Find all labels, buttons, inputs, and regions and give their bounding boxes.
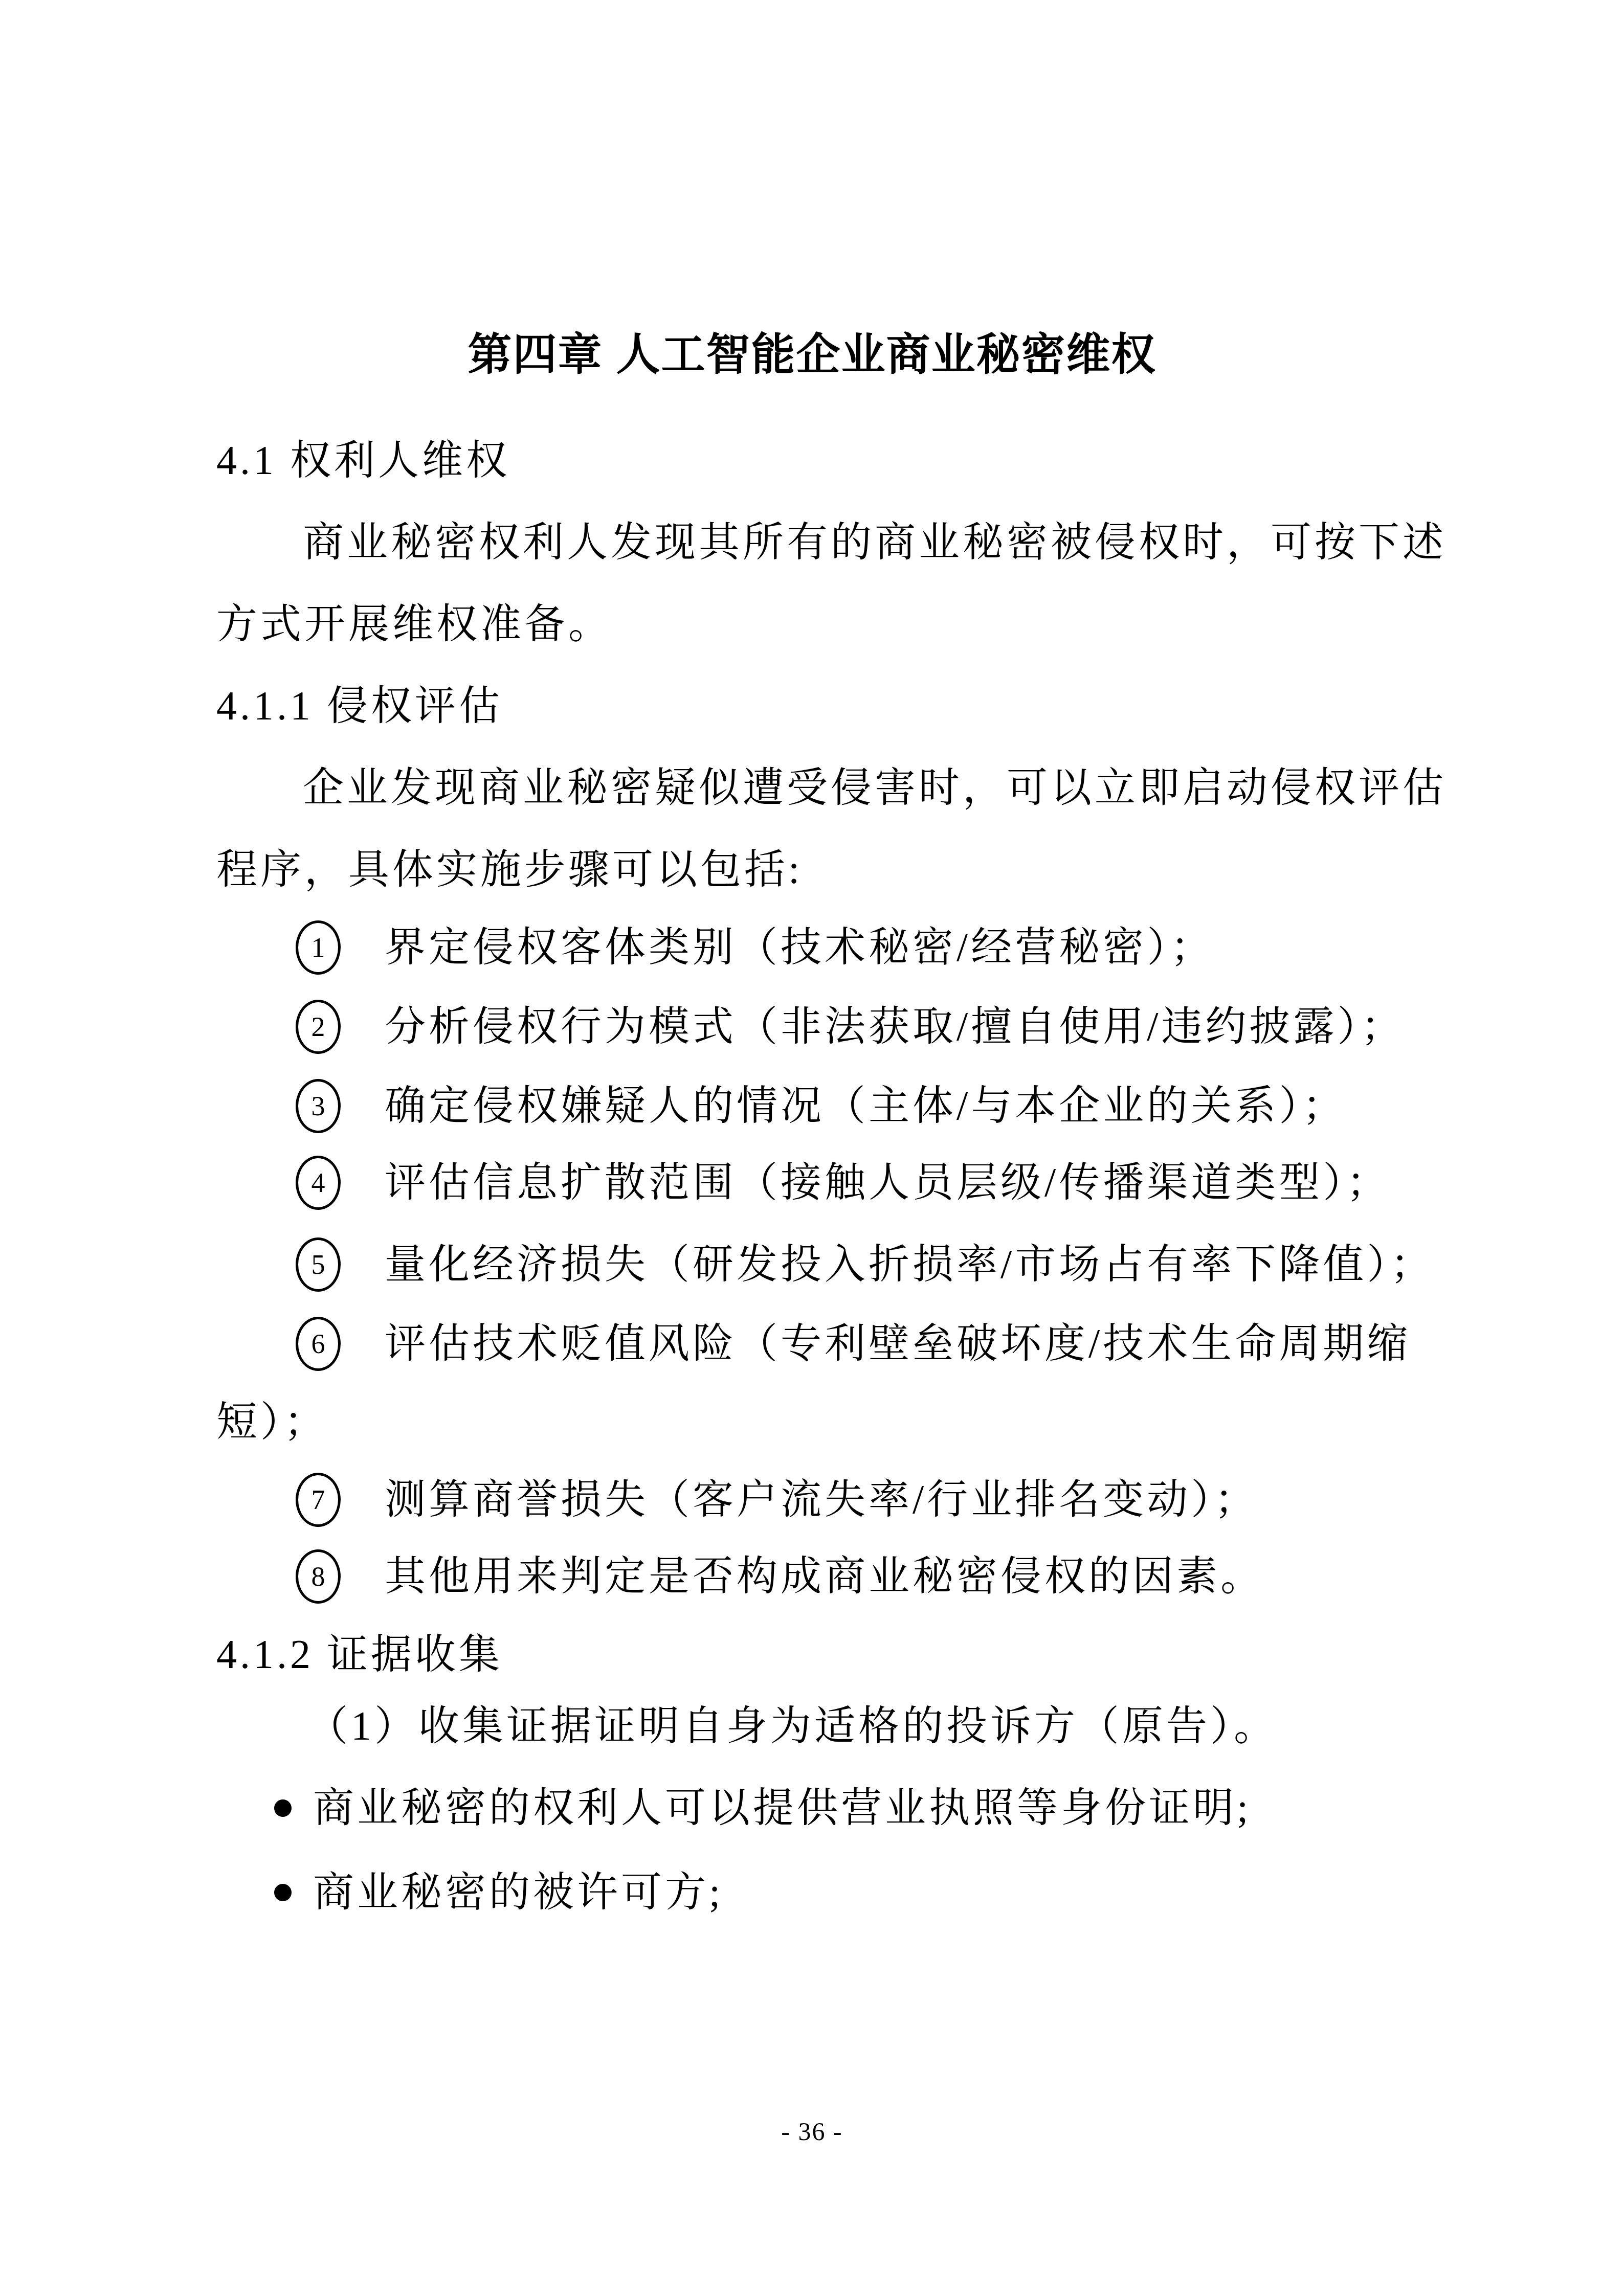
circled-number-icon: 2: [296, 1000, 341, 1054]
numbered-list-item: 3 确定侵权嫌疑人的情况（主体/与本企业的关系）；: [296, 1079, 1346, 1133]
bullet-item-text: 商业秘密的被许可方;: [313, 1869, 723, 1916]
bullet-list-item: 商业秘密的被许可方;: [274, 1869, 723, 1916]
circled-number-icon: 4: [296, 1156, 341, 1210]
bullet-icon: [274, 1799, 292, 1817]
circled-number-icon: 5: [296, 1237, 341, 1292]
numbered-list-item: 6 评估技术贬值风险（专利壁垒破坏度/技术生命周期缩: [296, 1317, 1411, 1371]
list-item-text: 确定侵权嫌疑人的情况（主体/与本企业的关系）；: [385, 1083, 1346, 1130]
paragraph-line: 企业发现商业秘密疑似遭受侵害时，可以立即启动侵权评估: [303, 764, 1447, 812]
section-heading-4-1-1: 4.1.1 侵权评估: [216, 683, 503, 730]
numbered-list-item: 4 评估信息扩散范围（接触人员层级/传播渠道类型）；: [296, 1156, 1390, 1210]
chapter-title: 第四章 人工智能企业商业秘密维权: [0, 330, 1624, 380]
numbered-list-item: 5 量化经济损失（研发投入折损率/市场占有率下降值）；: [296, 1237, 1434, 1292]
paragraph-line: 方式开展维权准备。: [216, 601, 612, 648]
circled-number-icon: 7: [296, 1473, 341, 1527]
section-heading-4-1: 4.1 权利人维权: [216, 437, 510, 484]
page-number: - 36 -: [0, 2117, 1624, 2147]
bullet-list-item: 商业秘密的权利人可以提供营业执照等身份证明;: [274, 1785, 1251, 1832]
bullet-item-text: 商业秘密的权利人可以提供营业执照等身份证明;: [313, 1785, 1251, 1832]
list-item-text: 其他用来判定是否构成商业秘密侵权的因素。: [385, 1553, 1264, 1600]
circled-number-icon: 6: [296, 1317, 341, 1371]
list-item-wrap-line: 短）；: [216, 1399, 328, 1446]
bullet-icon: [274, 1884, 292, 1901]
list-item-text: 量化经济损失（研发投入折损率/市场占有率下降值）；: [385, 1241, 1434, 1288]
list-item-text: 测算商誉损失（客户流失率/行业排名变动）；: [385, 1476, 1258, 1523]
numbered-list-item: 2 分析侵权行为模式（非法获取/擅自使用/违约披露）；: [296, 1000, 1405, 1054]
numbered-list-item: 7 测算商誉损失（客户流失率/行业排名变动）；: [296, 1473, 1258, 1527]
numbered-list-item: 1 界定侵权客体类别（技术秘密/经营秘密）；: [296, 920, 1214, 975]
paragraph-line: 程序，具体实施步骤可以包括:: [216, 846, 803, 893]
list-item-text: 界定侵权客体类别（技术秘密/经营秘密）；: [385, 924, 1214, 971]
list-item-text: 评估信息扩散范围（接触人员层级/传播渠道类型）；: [385, 1159, 1390, 1206]
list-item-text: 分析侵权行为模式（非法获取/擅自使用/违约披露）；: [385, 1003, 1405, 1050]
circled-number-icon: 8: [296, 1549, 341, 1604]
list-item-text: 评估技术贬值风险（专利壁垒破坏度/技术生命周期缩: [385, 1320, 1411, 1367]
numbered-list-item: 8 其他用来判定是否构成商业秘密侵权的因素。: [296, 1549, 1264, 1604]
circled-number-icon: 3: [296, 1079, 341, 1133]
section-heading-4-1-2: 4.1.2 证据收集: [216, 1631, 503, 1678]
paragraph-line: （1）收集证据证明自身为适格的投诉方（原告）。: [307, 1703, 1278, 1750]
document-page: { "doc": { "title": "第四章 人工智能企业商业秘密维权", …: [0, 0, 1624, 2296]
circled-number-icon: 1: [296, 920, 341, 975]
paragraph-line: 商业秘密权利人发现其所有的商业秘密被侵权时，可按下述: [303, 519, 1447, 566]
